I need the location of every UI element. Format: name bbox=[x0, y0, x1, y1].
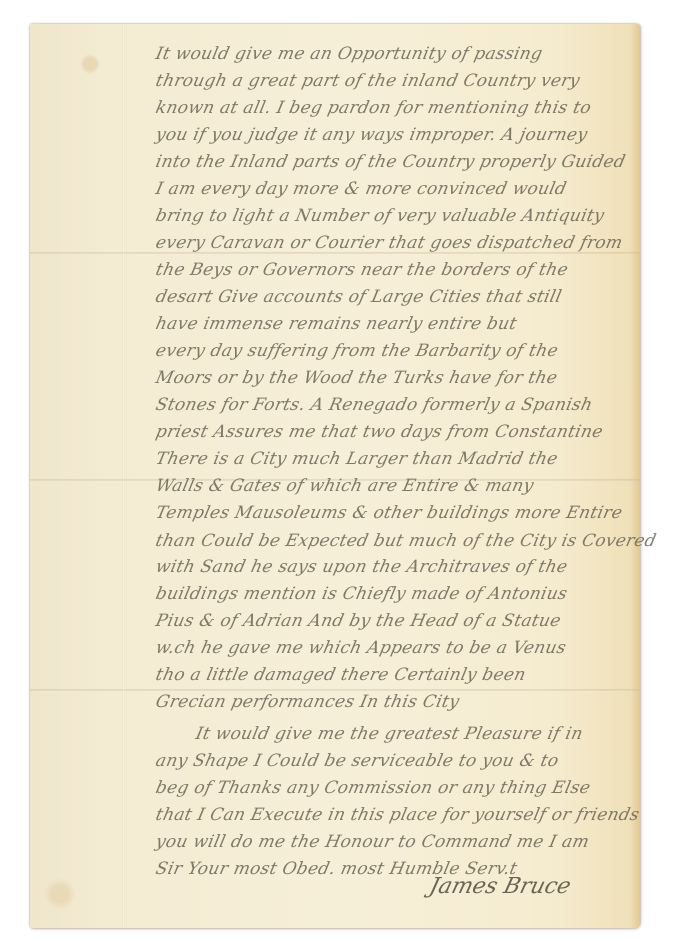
letter-sheet: It would give me an Opportunity of passi… bbox=[30, 24, 640, 928]
letter-line: you if you judge it any ways improper. A… bbox=[154, 125, 589, 145]
letter-line: buildings mention is Chiefly made of Ant… bbox=[154, 584, 569, 604]
letter-line: beg of Thanks any Commission or any thin… bbox=[154, 778, 592, 798]
letter-line: have immense remains nearly entire but bbox=[154, 314, 519, 334]
letter-line: priest Assures me that two days from Con… bbox=[154, 422, 605, 442]
letter-line: Walls & Gates of which are Entire & many bbox=[154, 476, 536, 496]
letter-line: Stones for Forts. A Renegado formerly a … bbox=[154, 395, 595, 415]
letter-line: w.ch he gave me which Appears to be a Ve… bbox=[154, 638, 568, 658]
letter-line: every Caravan or Courier that goes dispa… bbox=[154, 233, 625, 253]
letter-line: than Could be Expected but much of the C… bbox=[154, 530, 658, 550]
letter-line: known at all. I beg pardon for mentionin… bbox=[154, 98, 593, 118]
letter-line: through a great part of the inland Count… bbox=[154, 71, 582, 91]
letter-line: Grecian performances In this City bbox=[154, 692, 461, 712]
letter-line: any Shape I Could be serviceable to you … bbox=[154, 751, 561, 771]
letter-line: desart Give accounts of Large Cities tha… bbox=[154, 287, 564, 307]
fold-crease-vertical bbox=[122, 24, 125, 928]
paper-edge bbox=[630, 24, 640, 928]
signature: James Bruce bbox=[427, 874, 574, 899]
letter-line: Pius & of Adrian And by the Head of a St… bbox=[154, 611, 563, 631]
letter-line: Temples Mausoleums & other buildings mor… bbox=[154, 503, 624, 523]
letter-line: tho a little damaged there Certainly bee… bbox=[154, 665, 528, 685]
letter-line: the Beys or Governors near the borders o… bbox=[154, 260, 570, 280]
letter-line: into the Inland parts of the Country pro… bbox=[154, 152, 627, 172]
letter-line: that I Can Execute in this place for you… bbox=[154, 805, 641, 825]
letter-line: Moors or by the Wood the Turks have for … bbox=[154, 368, 559, 388]
letter-line: It would give me the greatest Pleasure i… bbox=[194, 724, 585, 744]
letter-line: every day suffering from the Barbarity o… bbox=[154, 341, 560, 361]
letter-line: you will do me the Honour to Command me … bbox=[154, 832, 591, 852]
letter-line: with Sand he says upon the Architraves o… bbox=[154, 557, 570, 577]
letter-line: It would give me an Opportunity of passi… bbox=[154, 44, 544, 64]
letter-line: bring to light a Number of very valuable… bbox=[154, 206, 606, 226]
letter-line: I am every day more & more convinced wou… bbox=[154, 179, 569, 199]
letter-line: There is a City much Larger than Madrid … bbox=[154, 449, 560, 469]
